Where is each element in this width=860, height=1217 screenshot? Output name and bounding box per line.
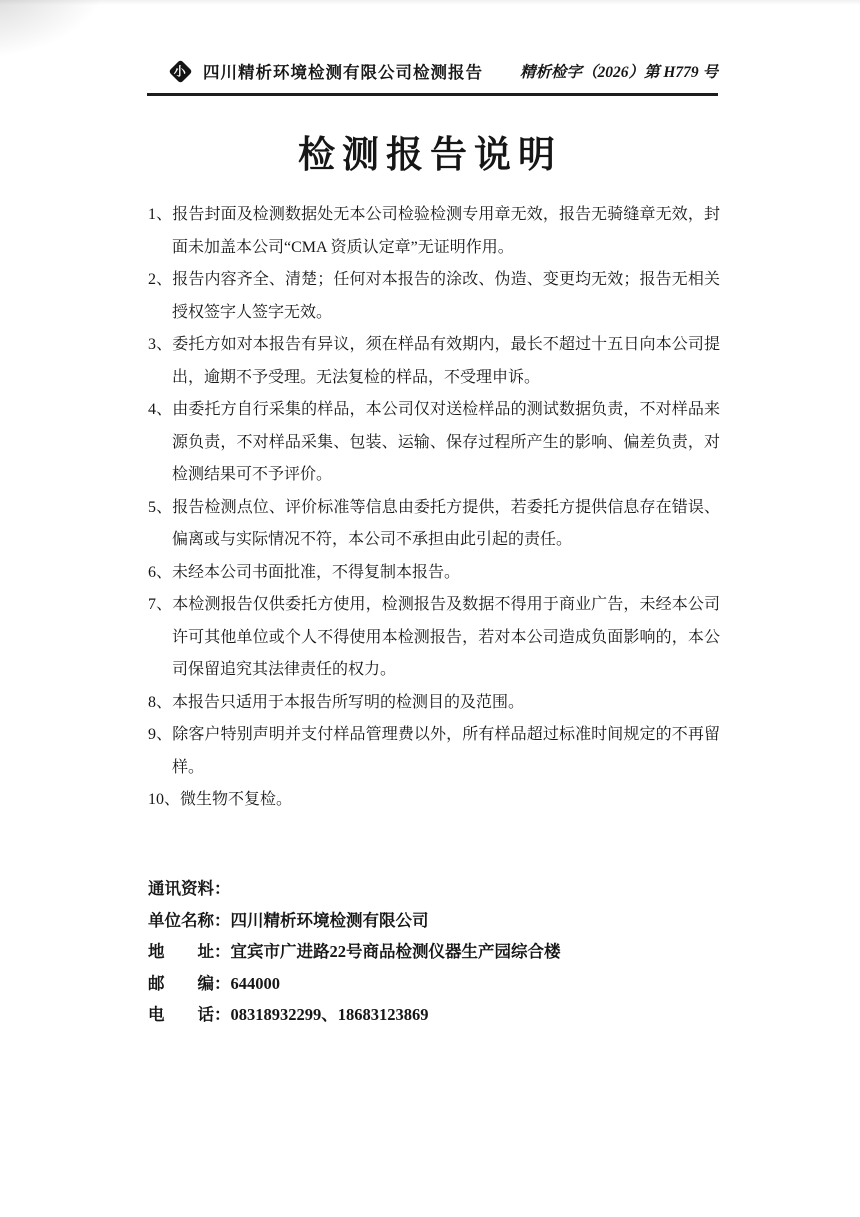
header-left: 小 四川精析环境检测有限公司检测报告 xyxy=(148,59,483,83)
contact-label: 邮 编： xyxy=(148,974,231,993)
note-text: 报告封面及检测数据处无本公司检验检测专用章无效，报告无骑缝章无效，封面未加盖本公… xyxy=(172,206,720,256)
note-item-9: 9、除客户特别声明并支付样品管理费以外，所有样品超过标准时间规定的不再留样。 xyxy=(148,719,720,784)
contact-label: 地 址： xyxy=(148,942,231,961)
contact-label: 电 话： xyxy=(148,1005,231,1024)
note-number: 7、 xyxy=(148,596,172,613)
contact-row-company: 单位名称：四川精析环境检测有限公司 xyxy=(148,905,720,937)
report-page: 小 四川精析环境检测有限公司检测报告 精析检字（2026）第 H779 号 检测… xyxy=(0,0,860,1217)
note-number: 3、 xyxy=(148,336,172,353)
note-text: 未经本公司书面批准，不得复制本报告。 xyxy=(172,564,460,581)
notes-list: 1、报告封面及检测数据处无本公司检验检测专用章无效，报告无骑缝章无效，封面未加盖… xyxy=(148,199,720,817)
note-item-5: 5、报告检测点位、评价标准等信息由委托方提供，若委托方提供信息存在错误、偏离或与… xyxy=(148,492,720,557)
note-number: 8、 xyxy=(148,694,172,711)
note-text: 报告内容齐全、清楚；任何对本报告的涂改、伪造、变更均无效；报告无相关授权签字人签… xyxy=(172,271,720,321)
company-title: 四川精析环境检测有限公司检测报告 xyxy=(203,59,483,83)
company-logo-icon: 小 xyxy=(168,59,192,83)
note-number: 2、 xyxy=(148,271,172,288)
note-item-4: 4、由委托方自行采集的样品，本公司仅对送检样品的测试数据负责，不对样品来源负责，… xyxy=(148,394,720,492)
page-title: 检测报告说明 xyxy=(0,124,860,178)
note-text: 委托方如对本报告有异议，须在样品有效期内，最长不超过十五日向本公司提出，逾期不予… xyxy=(172,336,720,386)
note-number: 6、 xyxy=(148,564,172,581)
header-divider xyxy=(147,93,718,96)
note-item-2: 2、报告内容齐全、清楚；任何对本报告的涂改、伪造、变更均无效；报告无相关授权签字… xyxy=(148,264,720,329)
page-header: 小 四川精析环境检测有限公司检测报告 精析检字（2026）第 H779 号 xyxy=(148,57,718,85)
note-item-3: 3、委托方如对本报告有异议，须在样品有效期内，最长不超过十五日向本公司提出，逾期… xyxy=(148,329,720,394)
contact-label: 单位名称： xyxy=(148,911,231,930)
note-text: 微生物不复检。 xyxy=(180,791,292,808)
note-item-7: 7、本检测报告仅供委托方使用，检测报告及数据不得用于商业广告，未经本公司许可其他… xyxy=(148,589,720,687)
note-text: 由委托方自行采集的样品，本公司仅对送检样品的测试数据负责，不对样品来源负责，不对… xyxy=(172,401,720,483)
note-item-6: 6、未经本公司书面批准，不得复制本报告。 xyxy=(148,557,720,590)
note-number: 10、 xyxy=(148,791,180,808)
note-item-10: 10、微生物不复检。 xyxy=(148,784,720,817)
note-number: 4、 xyxy=(148,401,172,418)
contact-row-phone: 电 话：08318932299、18683123869 xyxy=(148,999,720,1031)
company-logo-glyph: 小 xyxy=(174,65,186,77)
note-number: 5、 xyxy=(148,499,172,516)
contact-row-address: 地 址：宜宾市广进路22号商品检测仪器生产园综合楼 xyxy=(148,936,720,968)
note-text: 本报告只适用于本报告所写明的检测目的及范围。 xyxy=(172,694,524,711)
contact-value: 四川精析环境检测有限公司 xyxy=(231,911,429,930)
contact-value: 644000 xyxy=(231,974,281,993)
report-number: 精析检字（2026）第 H779 号 xyxy=(520,60,718,82)
contact-row-postcode: 邮 编：644000 xyxy=(148,968,720,1000)
note-item-1: 1、报告封面及检测数据处无本公司检验检测专用章无效，报告无骑缝章无效，封面未加盖… xyxy=(148,199,720,264)
contact-value: 宜宾市广进路22号商品检测仪器生产园综合楼 xyxy=(231,942,561,961)
note-number: 9、 xyxy=(148,726,172,743)
note-number: 1、 xyxy=(148,206,172,223)
contact-heading: 通讯资料： xyxy=(148,873,720,905)
note-item-8: 8、本报告只适用于本报告所写明的检测目的及范围。 xyxy=(148,687,720,720)
contact-value: 08318932299、18683123869 xyxy=(231,1005,429,1024)
note-text: 除客户特别声明并支付样品管理费以外，所有样品超过标准时间规定的不再留样。 xyxy=(172,726,720,776)
contact-info: 通讯资料： 单位名称：四川精析环境检测有限公司 地 址：宜宾市广进路22号商品检… xyxy=(148,873,720,1031)
note-text: 本检测报告仅供委托方使用，检测报告及数据不得用于商业广告，未经本公司许可其他单位… xyxy=(172,596,720,678)
note-text: 报告检测点位、评价标准等信息由委托方提供，若委托方提供信息存在错误、偏离或与实际… xyxy=(172,499,720,549)
